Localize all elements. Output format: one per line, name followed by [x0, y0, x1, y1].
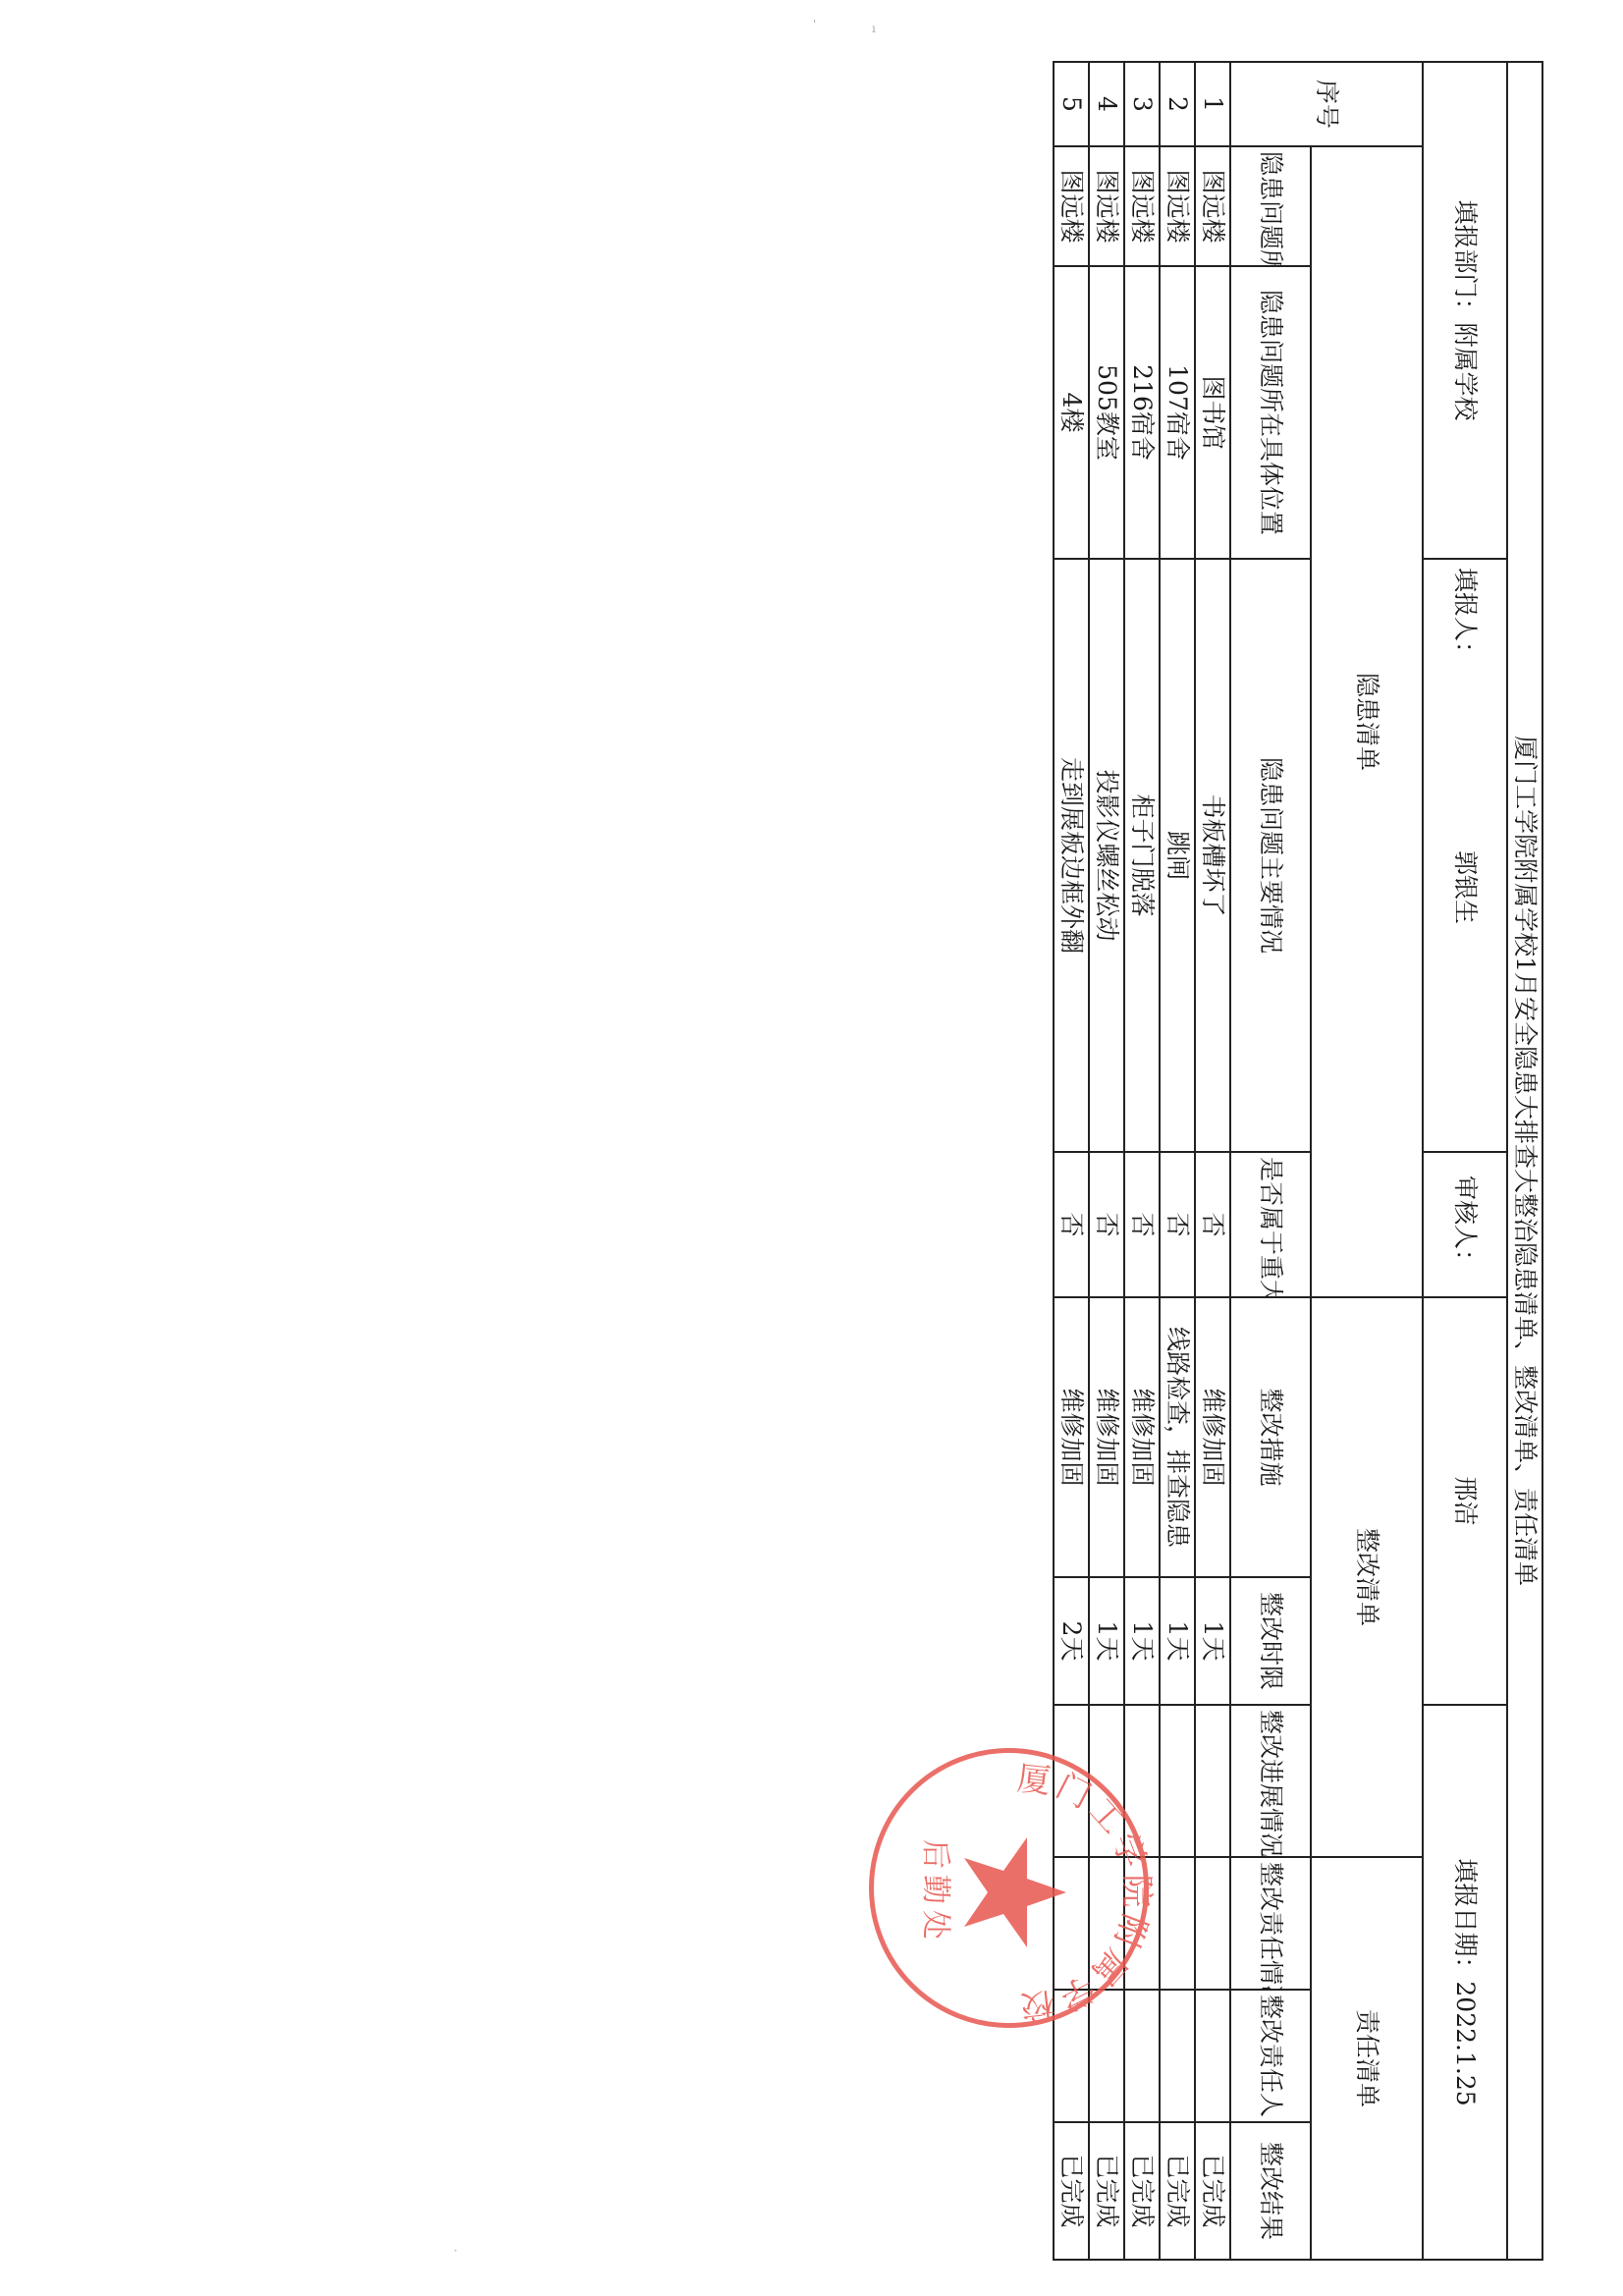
cell-result: 已完成	[1160, 2122, 1195, 2260]
department-cell: 填报部门：附属学校	[1423, 62, 1507, 559]
scan-speck: ı	[872, 22, 876, 35]
cell-unit: 图远楼	[1124, 146, 1160, 266]
cell-result: 已完成	[1195, 2122, 1230, 2260]
date-value: 2022.1.25	[1451, 1981, 1480, 2105]
safety-hazard-form: 厦门工学院附属学校1月安全隐患大排查大整治隐患清单、整改清单、责任清单 填报部门…	[1023, 61, 1543, 2200]
section-responsibility-list: 责任清单	[1311, 1857, 1423, 2260]
cell-location: 107宿舍	[1160, 266, 1195, 559]
col-major-header: 是否属于重大隐患	[1230, 1152, 1311, 1297]
col-unit-header: 隐患问题所在单位	[1230, 146, 1311, 266]
col-responsible-person-header: 整改责任人	[1230, 1990, 1311, 2122]
form-title: 厦门工学院附属学校1月安全隐患大排查大整治隐患清单、整改清单、责任清单	[1507, 62, 1542, 2260]
cell-deadline: 1天	[1160, 1577, 1195, 1705]
cell-deadline: 2天	[1054, 1577, 1089, 1705]
cell-progress	[1124, 1705, 1160, 1857]
cell-unit: 图远楼	[1054, 146, 1089, 266]
cell-location: 图书馆	[1195, 266, 1230, 559]
cell-responsible-person	[1195, 1990, 1230, 2122]
cell-major: 否	[1160, 1152, 1195, 1297]
cell-responsibility	[1054, 1857, 1089, 1990]
cell-responsible-person	[1124, 1990, 1160, 2122]
department-value: 附属学校	[1451, 323, 1480, 421]
reviewer-value: 邢洁	[1423, 1297, 1507, 1705]
cell-location: 216宿舍	[1124, 266, 1160, 559]
cell-progress	[1089, 1705, 1124, 1857]
cell-result: 已完成	[1124, 2122, 1160, 2260]
col-progress-header: 整改进展情况	[1230, 1705, 1311, 1857]
cell-unit: 图远楼	[1160, 146, 1195, 266]
cell-measures: 维修加固	[1089, 1297, 1124, 1577]
cell-unit: 图远楼	[1089, 146, 1124, 266]
reporter-label: 填报人：	[1451, 568, 1480, 666]
cell-deadline: 1天	[1089, 1577, 1124, 1705]
cell-responsible-person	[1160, 1990, 1195, 2122]
col-seq-header: 序号	[1230, 62, 1423, 146]
cell-measures: 维修加固	[1054, 1297, 1089, 1577]
cell-location: 505教室	[1089, 266, 1124, 559]
table-row: 1图远楼图书馆书板槽坏了否维修加固1天已完成	[1195, 62, 1230, 2260]
date-label: 填报日期：	[1451, 1858, 1480, 1981]
svg-text:后勤处: 后勤处	[918, 1839, 952, 1945]
cell-result: 已完成	[1054, 2122, 1089, 2260]
section-hazard-list: 隐患清单	[1311, 146, 1423, 1297]
cell-major: 否	[1195, 1152, 1230, 1297]
table-row: 4图远楼505教室投影仪螺丝松动否维修加固1天已完成	[1089, 62, 1124, 2260]
col-description-header: 隐患问题主要情况	[1230, 559, 1311, 1152]
col-location-header: 隐患问题所在具体位置	[1230, 266, 1311, 559]
table-row: 2图远楼107宿舍跳闸否线路检查，排查隐患1天已完成	[1160, 62, 1195, 2260]
cell-progress	[1054, 1705, 1089, 1857]
cell-seq: 1	[1195, 62, 1230, 146]
col-measures-header: 整改措施	[1230, 1297, 1311, 1577]
col-deadline-header: 整改时限	[1230, 1577, 1311, 1705]
cell-location: 4楼	[1054, 266, 1089, 559]
reviewer-label: 审核人：	[1423, 1152, 1507, 1297]
cell-major: 否	[1054, 1152, 1089, 1297]
reporter-cell: 填报人： 郭银生	[1423, 559, 1507, 1152]
scan-speck: ·	[454, 2244, 458, 2258]
col-responsibility-header: 整改责任情况	[1230, 1857, 1311, 1990]
cell-description: 柜子门脱落	[1124, 559, 1160, 1152]
cell-responsibility	[1160, 1857, 1195, 1990]
table-row: 3图远楼216宿舍柜子门脱落否维修加固1天已完成	[1124, 62, 1160, 2260]
table-row: 5图远楼4楼走到展板边框外翻否维修加固2天已完成	[1054, 62, 1089, 2260]
cell-progress	[1160, 1705, 1195, 1857]
cell-responsible-person	[1054, 1990, 1089, 2122]
date-cell: 填报日期：2022.1.25	[1423, 1705, 1507, 2260]
cell-seq: 3	[1124, 62, 1160, 146]
cell-description: 跳闸	[1160, 559, 1195, 1152]
scan-speck: '	[813, 18, 816, 31]
cell-seq: 5	[1054, 62, 1089, 146]
cell-description: 走到展板边框外翻	[1054, 559, 1089, 1152]
cell-deadline: 1天	[1124, 1577, 1160, 1705]
cell-deadline: 1天	[1195, 1577, 1230, 1705]
cell-progress	[1195, 1705, 1230, 1857]
cell-responsibility	[1195, 1857, 1230, 1990]
col-result-header: 整改结果	[1230, 2122, 1311, 2260]
department-label: 填报部门：	[1451, 199, 1480, 322]
cell-responsibility	[1089, 1857, 1124, 1990]
cell-major: 否	[1124, 1152, 1160, 1297]
cell-result: 已完成	[1089, 2122, 1124, 2260]
cell-seq: 4	[1089, 62, 1124, 146]
cell-major: 否	[1089, 1152, 1124, 1297]
section-rectification-list: 整改清单	[1311, 1297, 1423, 1857]
cell-measures: 线路检查，排查隐患	[1160, 1297, 1195, 1577]
cell-measures: 维修加固	[1124, 1297, 1160, 1577]
reporter-value: 郭银生	[1451, 850, 1480, 924]
cell-seq: 2	[1160, 62, 1195, 146]
cell-measures: 维修加固	[1195, 1297, 1230, 1577]
cell-description: 书板槽坏了	[1195, 559, 1230, 1152]
cell-unit: 图远楼	[1195, 146, 1230, 266]
cell-responsibility	[1124, 1857, 1160, 1990]
cell-responsible-person	[1089, 1990, 1124, 2122]
cell-description: 投影仪螺丝松动	[1089, 559, 1124, 1152]
hazard-table: 厦门工学院附属学校1月安全隐患大排查大整治隐患清单、整改清单、责任清单 填报部门…	[1053, 61, 1543, 2261]
